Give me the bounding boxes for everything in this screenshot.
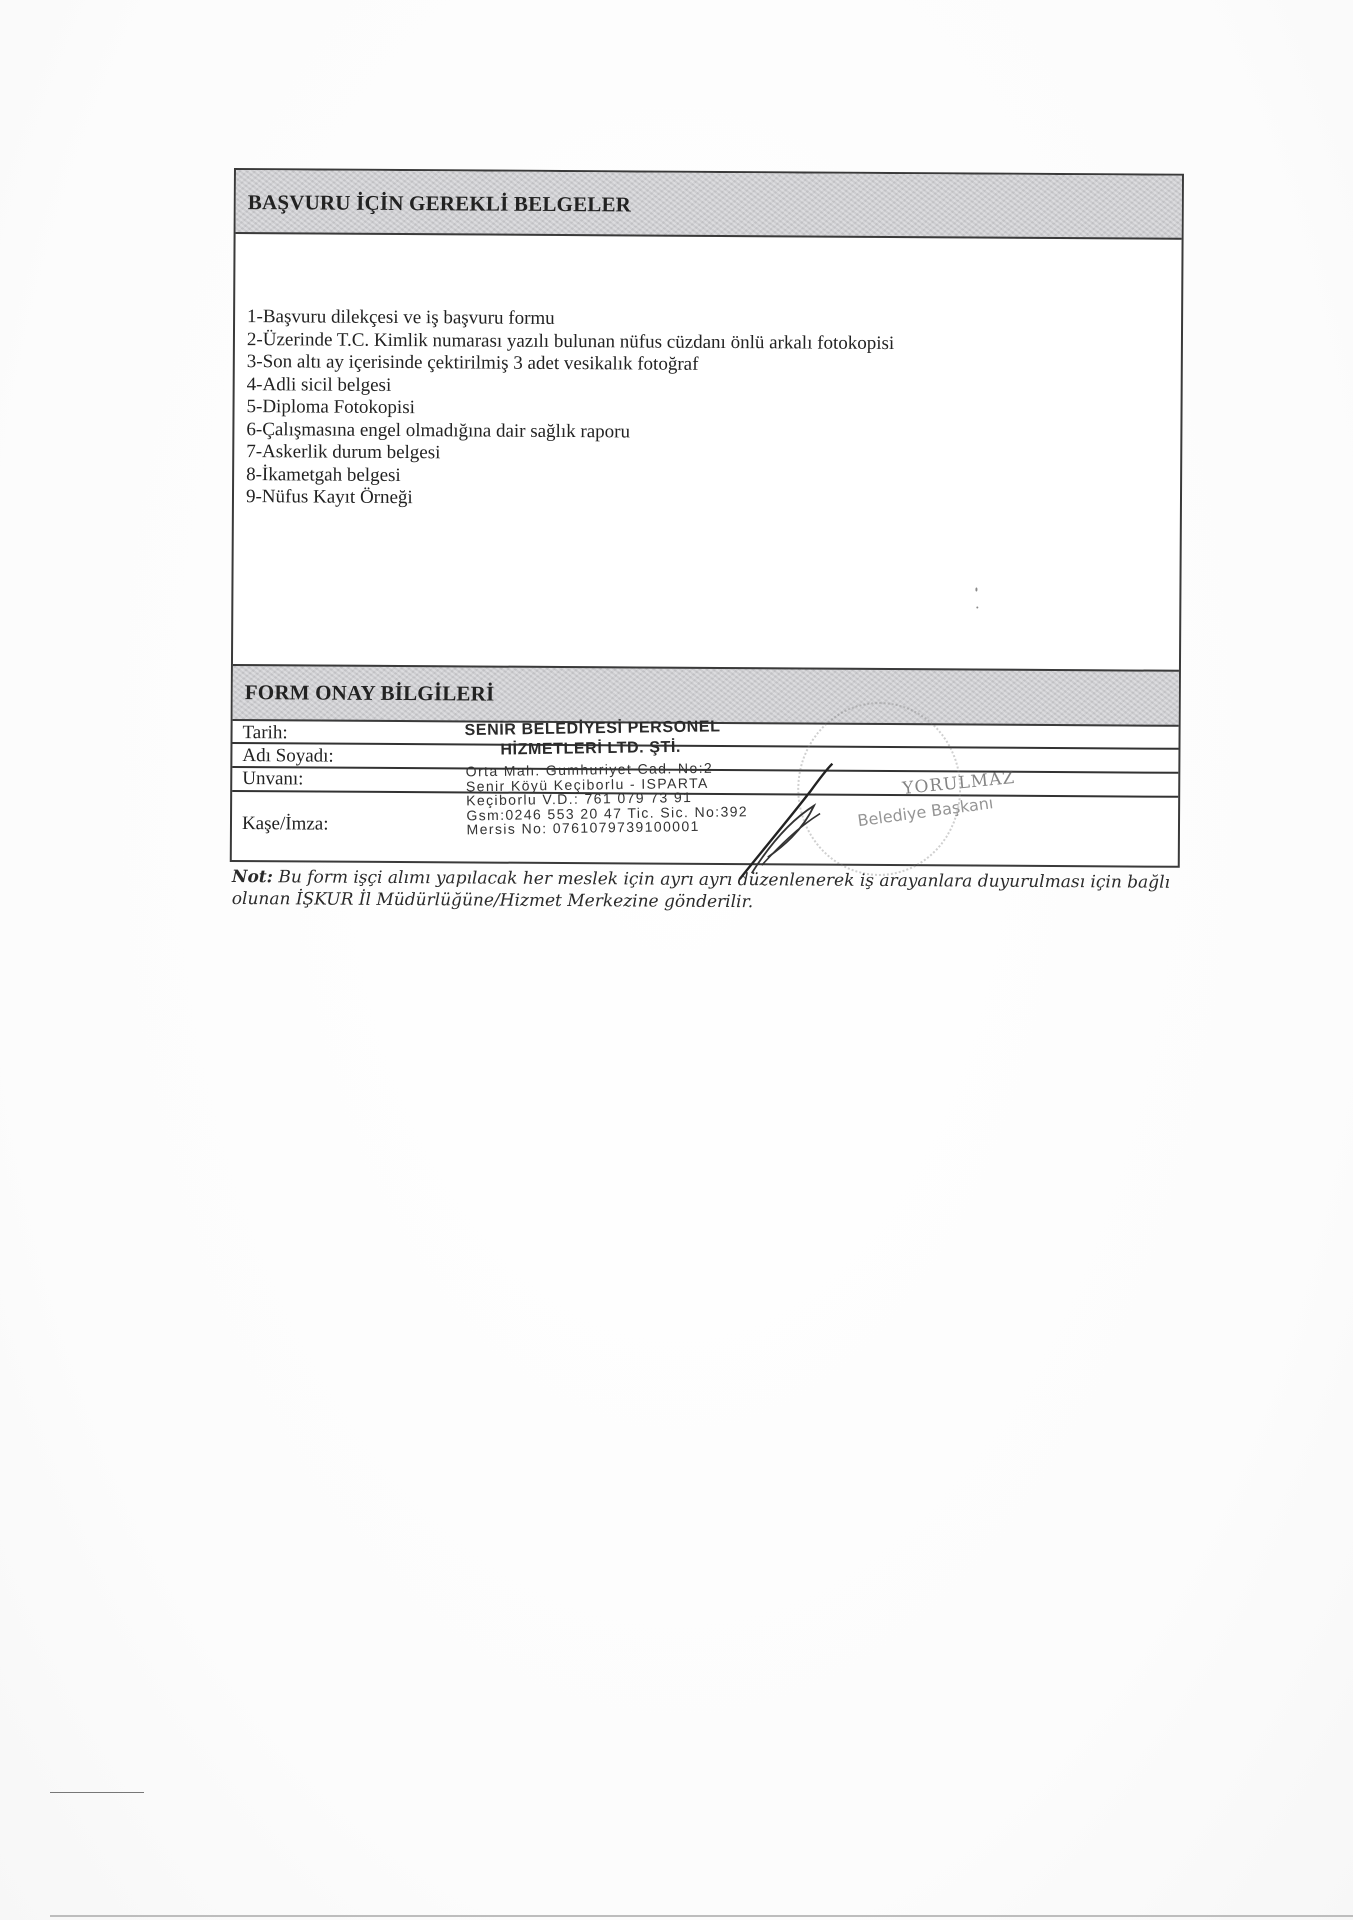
list-item: 9-Nüfus Kayıt Örneği: [246, 486, 893, 512]
required-documents-list: 1-Başvuru dilekçesi ve iş başvuru formu …: [246, 306, 894, 512]
stamp-signature-label: Kaşe/İmza:: [242, 813, 329, 836]
scan-speck: [975, 588, 977, 592]
note-label: Not:: [232, 867, 273, 887]
required-documents-title: BAŞVURU İÇİN GEREKLİ BELGELER: [248, 190, 631, 217]
page-edge-line: [50, 1915, 1353, 1917]
approval-table: Tarih: Adı Soyadı: Unvanı: Kaşe/İmza:: [232, 721, 1179, 866]
list-item: 7-Askerlik durum belgesi: [246, 441, 893, 467]
scan-speck: [976, 607, 978, 609]
title-label: Unvanı:: [242, 768, 303, 790]
name-label: Adı Soyadı:: [242, 745, 333, 768]
note-text: Bu form işçi alımı yapılacak her meslek …: [232, 867, 1170, 912]
list-item: 3-Son altı ay içerisinde çektirilmiş 3 a…: [247, 351, 894, 377]
approval-row-stamp-signature: Kaşe/İmza:: [232, 792, 1178, 866]
form-approval-title: FORM ONAY BİLGİLERİ: [245, 680, 495, 707]
list-item: 5-Diploma Fotokopisi: [246, 396, 893, 422]
form-box: BAŞVURU İÇİN GEREKLİ BELGELER 1-Başvuru …: [230, 168, 1184, 868]
date-label: Tarih:: [242, 722, 287, 744]
list-item: 1-Başvuru dilekçesi ve iş başvuru formu: [247, 306, 894, 332]
footnote: Not: Bu form işçi alımı yapılacak her me…: [232, 866, 1192, 916]
required-documents-header: BAŞVURU İÇİN GEREKLİ BELGELER: [236, 170, 1182, 240]
form-approval-header: FORM ONAY BİLGİLERİ: [233, 664, 1179, 727]
page-mark: [50, 1792, 144, 1793]
